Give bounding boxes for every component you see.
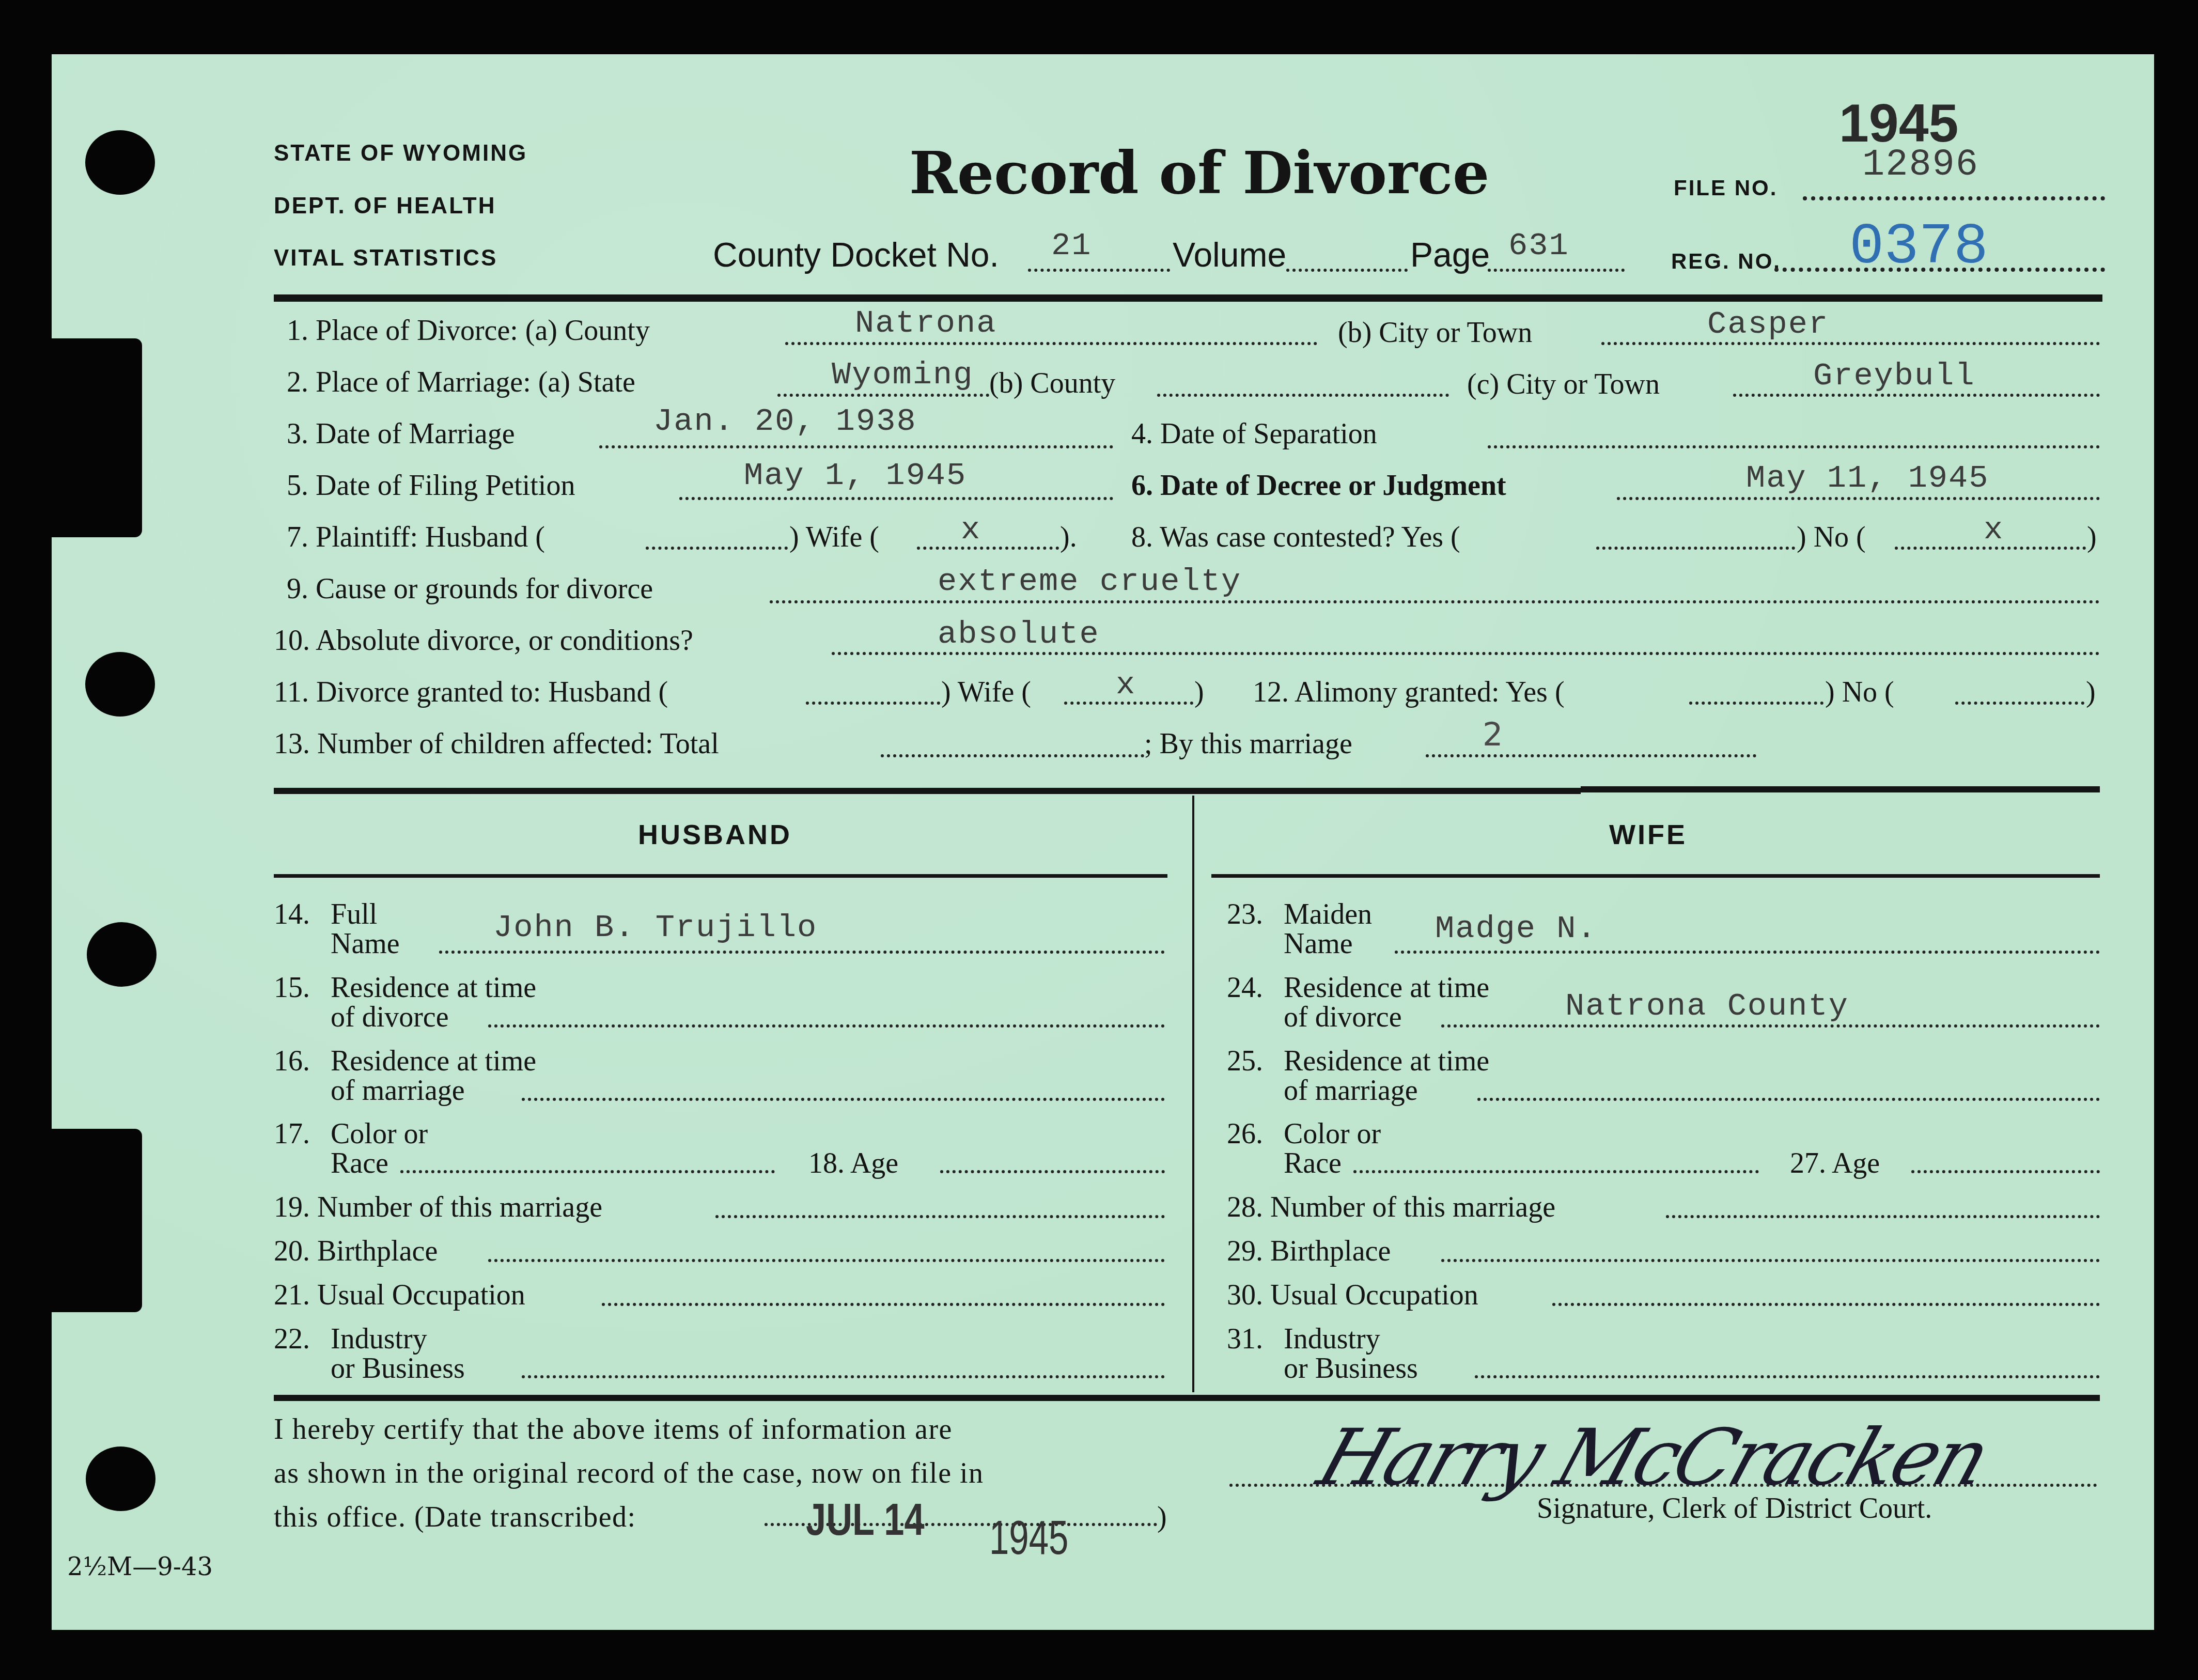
wife-industry-line[interactable] [1475, 1375, 2100, 1378]
f15-num: 15. [274, 971, 310, 1004]
form-code: 2½M—9-43 [67, 1552, 213, 1581]
f26-num: 26. [1227, 1117, 1263, 1150]
f23-num: 23. [1227, 898, 1263, 931]
certification-line-3: this office. (Date transcribed: [274, 1501, 636, 1534]
certification-rule [274, 1395, 2100, 1401]
column-divider [1192, 796, 1194, 1392]
f15-l2: of divorce [331, 1001, 449, 1034]
f22-l2: or Business [331, 1352, 465, 1385]
volume-label: Volume [1173, 235, 1286, 274]
husband-birthplace-line[interactable] [488, 1259, 1165, 1262]
wife-heading-rule [1211, 874, 2100, 878]
husband-name-line[interactable] [439, 951, 1165, 954]
item-3-label: 3. Date of Marriage [287, 417, 515, 450]
f24-l1: Residence at time [1284, 971, 1489, 1004]
item-11-end: ) [1194, 676, 1204, 709]
item-12-mid: ) No ( [1825, 676, 1894, 709]
item-7-mid: ) Wife ( [789, 521, 879, 554]
item-13-by-label: ; By this marriage [1144, 727, 1352, 760]
f30-label: 30. Usual Occupation [1227, 1279, 1478, 1312]
punch-hole-4 [86, 1446, 155, 1511]
item-3-value: Jan. 20, 1938 [653, 403, 917, 440]
item-12-end: ) [2086, 676, 2096, 709]
header-rule [274, 294, 2102, 302]
item-1-county-value: Natrona [855, 305, 996, 341]
item-2b-label: (b) County [989, 367, 1115, 400]
clerk-signature: Harry McCracken [1308, 1413, 1998, 1503]
f22-num: 22. [274, 1323, 310, 1356]
husband-marriage-number-line[interactable] [715, 1215, 1165, 1218]
certification-line-1: I hereby certify that the above items of… [274, 1413, 953, 1446]
f14-l1: Full [331, 898, 377, 931]
agency-state: STATE OF WYOMING [274, 141, 527, 166]
f24-l2: of divorce [1284, 1001, 1402, 1034]
file-no-label: FILE NO. [1674, 176, 1778, 200]
husband-occupation-line[interactable] [602, 1303, 1165, 1306]
f26-l1: Color or [1284, 1117, 1381, 1150]
agency-dept: DEPT. OF HEALTH [274, 193, 496, 219]
contested-no-mark: x [1984, 511, 2004, 548]
item-6-value: May 11, 1945 [1746, 460, 1989, 496]
husband-age-line[interactable] [940, 1170, 1165, 1173]
item-5-value: May 1, 1945 [744, 457, 967, 494]
page-value: 631 [1508, 227, 1569, 264]
item-8-end: ) [2087, 521, 2097, 554]
f25-l2: of marriage [1284, 1074, 1418, 1107]
item-1-city-value: Casper [1707, 306, 1829, 343]
husband-heading: HUSBAND [638, 819, 792, 851]
contested-yes-field[interactable] [1596, 547, 1795, 550]
item-13-label: 13. Number of children affected: Total [274, 727, 719, 760]
item-6-line[interactable] [1617, 497, 2100, 500]
granted-husband-field[interactable] [806, 702, 940, 705]
volume-line [1286, 269, 1408, 272]
file-no-value: 12896 [1862, 144, 1979, 186]
item-7-label: 7. Plaintiff: Husband ( [287, 521, 545, 554]
plaintiff-wife-field[interactable] [917, 547, 1059, 550]
husband-residence-divorce-line[interactable] [488, 1024, 1165, 1028]
f31-l1: Industry [1284, 1323, 1380, 1356]
f15-l1: Residence at time [331, 971, 536, 1004]
wife-residence-marriage-line[interactable] [1477, 1098, 2100, 1101]
wife-race-line[interactable] [1353, 1170, 1759, 1173]
f16-l2: of marriage [331, 1074, 465, 1107]
husband-name-value: John B. Trujillo [493, 909, 817, 946]
husband-industry-line[interactable] [522, 1375, 1165, 1378]
f25-l1: Residence at time [1284, 1045, 1489, 1078]
wife-marriage-number-line[interactable] [1666, 1215, 2100, 1218]
certification-line-2: as shown in the original record of the c… [274, 1457, 984, 1490]
wife-name-value: Madge N. [1435, 910, 1597, 947]
f16-num: 16. [274, 1045, 310, 1078]
item-2-state-line[interactable] [777, 394, 989, 397]
wife-residence-divorce-line[interactable] [1441, 1024, 2100, 1028]
file-no-line [1803, 196, 2105, 200]
item-2-county-line[interactable] [1157, 394, 1449, 397]
children-total-line[interactable] [881, 754, 1144, 757]
husband-residence-marriage-line[interactable] [522, 1098, 1165, 1101]
f17-num: 17. [274, 1117, 310, 1150]
punch-hole-3 [87, 922, 157, 987]
item-4-line[interactable] [1488, 445, 2100, 448]
item-8-label: 8. Was case contested? Yes ( [1131, 521, 1460, 554]
f14-l2: Name [331, 927, 400, 960]
wife-occupation-line[interactable] [1552, 1303, 2100, 1306]
item-11-label: 11. Divorce granted to: Husband ( [274, 676, 668, 709]
husband-heading-rule [274, 874, 1167, 878]
record-card [52, 54, 2154, 1630]
f24-num: 24. [1227, 971, 1263, 1004]
item-3-line[interactable] [599, 445, 1113, 448]
wife-age-line[interactable] [1911, 1170, 2100, 1173]
f29-label: 29. Birthplace [1227, 1235, 1391, 1268]
item-1-city-line[interactable] [1601, 342, 2100, 345]
section-rule-left [274, 788, 1581, 794]
f27-label: 27. Age [1790, 1147, 1880, 1180]
wife-name-line[interactable] [1395, 951, 2100, 954]
plaintiff-wife-mark: x [961, 511, 981, 548]
f23-l1: Maiden [1284, 898, 1372, 931]
item-1-county-line[interactable] [785, 342, 1317, 345]
item-9-value: extreme cruelty [938, 563, 1241, 600]
wife-birthplace-line[interactable] [1441, 1259, 2100, 1262]
item-9-label: 9. Cause or grounds for divorce [287, 572, 653, 605]
item-10-label: 10. Absolute divorce, or conditions? [274, 624, 693, 657]
punch-hole-1 [85, 130, 155, 195]
item-2-city-value: Greybull [1813, 357, 1975, 394]
item-5-line[interactable] [679, 497, 1113, 500]
f22-l1: Industry [331, 1323, 427, 1356]
f20-label: 20. Birthplace [274, 1235, 438, 1268]
item-8-mid: ) No ( [1797, 521, 1866, 554]
punch-hole-2 [85, 652, 155, 717]
f25-num: 25. [1227, 1045, 1263, 1078]
f21-label: 21. Usual Occupation [274, 1279, 525, 1312]
item-5-label: 5. Date of Filing Petition [287, 469, 575, 502]
f18-label: 18. Age [808, 1147, 898, 1180]
husband-race-line[interactable] [400, 1170, 775, 1173]
item-11-mid: ) Wife ( [941, 676, 1031, 709]
f14-num: 14. [274, 898, 310, 931]
document-title: Record of Divorce [909, 139, 1489, 207]
page-line [1488, 269, 1625, 272]
certification-line-3-end: ) [1157, 1501, 1167, 1534]
agency-division: VITAL STATISTICS [274, 245, 497, 271]
f23-l2: Name [1284, 927, 1353, 960]
reg-no-label: REG. NO. [1671, 249, 1781, 274]
f31-l2: or Business [1284, 1352, 1418, 1385]
item-6-label: 6. Date of Decree or Judgment [1131, 469, 1506, 502]
item-2-label: 2. Place of Marriage: (a) State [287, 366, 635, 399]
date-transcribed-stamp: JUL 14 [806, 1493, 925, 1546]
item-1-label: 1. Place of Divorce: (a) County [287, 314, 650, 347]
item-4-label: 4. Date of Separation [1131, 417, 1377, 450]
wife-residence-divorce-value: Natrona County [1565, 988, 1849, 1024]
item-12-label: 12. Alimony granted: Yes ( [1253, 676, 1565, 709]
binder-notch-bottom [52, 1129, 142, 1312]
date-transcribed-year: 1945 [989, 1511, 1069, 1565]
alimony-yes-field[interactable] [1689, 702, 1823, 705]
item-7-end: ). [1060, 521, 1077, 554]
f17-l2: Race [331, 1147, 388, 1180]
f31-num: 31. [1227, 1323, 1263, 1356]
plaintiff-husband-field[interactable] [646, 547, 788, 550]
granted-wife-mark: x [1116, 666, 1136, 703]
f26-l2: Race [1284, 1147, 1342, 1180]
children-by-marriage-line[interactable] [1426, 754, 1756, 757]
alimony-no-field[interactable] [1955, 702, 2084, 705]
wife-heading: WIFE [1609, 819, 1687, 851]
item-9-line[interactable] [770, 600, 2100, 603]
page-label: Page [1410, 235, 1490, 274]
county-docket-label: County Docket No. [713, 235, 999, 274]
item-2-state-value: Wyoming [832, 356, 973, 393]
f19-label: 19. Number of this marriage [274, 1191, 602, 1224]
signature-label: Signature, Clerk of District Court. [1537, 1492, 1932, 1525]
section-rule-right [1581, 786, 2100, 792]
f17-l1: Color or [331, 1117, 428, 1150]
reg-no-stamp: 0378 [1849, 214, 1988, 280]
county-docket-value: 21 [1051, 227, 1092, 264]
item-10-value: absolute [938, 616, 1100, 652]
f16-l1: Residence at time [331, 1045, 536, 1078]
f28-label: 28. Number of this marriage [1227, 1191, 1555, 1224]
item-2c-label: (c) City or Town [1467, 368, 1660, 401]
binder-notch-top [52, 338, 142, 537]
children-by-marriage-value: 2 [1483, 715, 1503, 753]
county-docket-line [1028, 269, 1170, 272]
item-1b-label: (b) City or Town [1338, 316, 1532, 349]
